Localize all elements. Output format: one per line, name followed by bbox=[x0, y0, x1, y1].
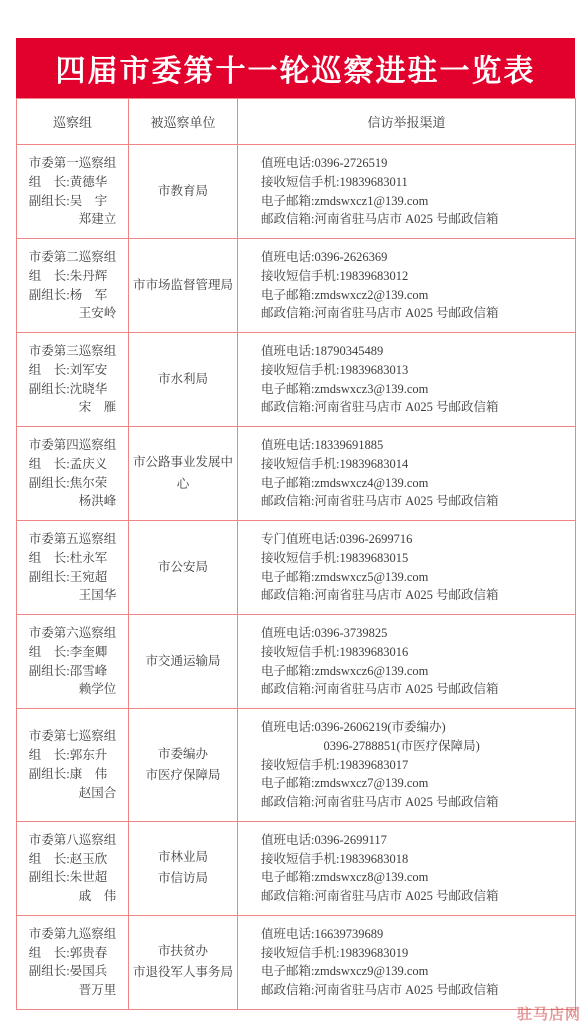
group-cell: 市委第一巡察组组 长:黄德华副组长:吴 宇 郑建立 bbox=[17, 145, 129, 239]
group-line: 副组长:邵雪峰 bbox=[29, 662, 117, 681]
unit-line: 市交通运输局 bbox=[129, 651, 237, 672]
table-header: 巡察组 被巡察单位 信访举报渠道 bbox=[17, 99, 576, 145]
group-lines: 市委第七巡察组组 长:郭东升副组长:康 伟 赵国合 bbox=[29, 727, 117, 802]
unit-cell: 市交通运输局 bbox=[129, 615, 238, 709]
group-lines: 市委第四巡察组组 长:孟庆义副组长:焦尔荣 杨洪峰 bbox=[29, 436, 117, 511]
channel-line: 电子邮箱:zmdswxcz7@139.com bbox=[261, 774, 571, 793]
channel-line: 电子邮箱:zmdswxcz4@139.com bbox=[261, 474, 571, 493]
group-line: 市委第七巡察组 bbox=[29, 727, 117, 746]
group-cell: 市委第七巡察组组 长:郭东升副组长:康 伟 赵国合 bbox=[17, 709, 129, 822]
group-line: 组 长:郭贵春 bbox=[29, 944, 117, 963]
channel-line: 电子邮箱:zmdswxcz1@139.com bbox=[261, 192, 571, 211]
unit-cell: 市扶贫办市退役军人事务局 bbox=[129, 915, 238, 1009]
unit-line: 市公安局 bbox=[129, 557, 237, 578]
table-row: 市委第四巡察组组 长:孟庆义副组长:焦尔荣 杨洪峰市公路事业发展中心值班电话:1… bbox=[17, 427, 576, 521]
channel-cell: 值班电话:0396-2726519接收短信手机:19839683011电子邮箱:… bbox=[238, 145, 576, 239]
unit-lines: 市市场监督管理局 bbox=[129, 275, 237, 296]
channel-cell: 值班电话:0396-2626369接收短信手机:19839683012电子邮箱:… bbox=[238, 239, 576, 333]
table-body: 市委第一巡察组组 长:黄德华副组长:吴 宇 郑建立市教育局值班电话:0396-2… bbox=[17, 145, 576, 1010]
table-row: 市委第三巡察组组 长:刘军安副组长:沈晓华 宋 雁市水利局值班电话:187903… bbox=[17, 333, 576, 427]
channel-line: 邮政信箱:河南省驻马店市 A025 号邮政信箱 bbox=[261, 680, 571, 699]
header-row: 巡察组 被巡察单位 信访举报渠道 bbox=[17, 99, 576, 145]
channel-lines: 值班电话:18790345489接收短信手机:19839683013电子邮箱:z… bbox=[238, 342, 575, 417]
channel-line: 接收短信手机:19839683016 bbox=[261, 643, 571, 662]
group-line: 赖学位 bbox=[29, 680, 117, 699]
column-header-unit: 被巡察单位 bbox=[129, 99, 238, 145]
group-line: 市委第二巡察组 bbox=[29, 248, 117, 267]
group-line: 副组长:沈晓华 bbox=[29, 380, 117, 399]
channel-line: 值班电话:0396-2626369 bbox=[261, 248, 571, 267]
channel-line: 邮政信箱:河南省驻马店市 A025 号邮政信箱 bbox=[261, 210, 571, 229]
unit-line: 市林业局 bbox=[129, 847, 237, 868]
channel-cell: 值班电话:18790345489接收短信手机:19839683013电子邮箱:z… bbox=[238, 333, 576, 427]
channel-cell: 值班电话:0396-2606219(市委编办) 0396-2788851(市医疗… bbox=[238, 709, 576, 822]
channel-line: 邮政信箱:河南省驻马店市 A025 号邮政信箱 bbox=[261, 398, 571, 417]
channel-line: 值班电话:0396-2606219(市委编办) bbox=[261, 718, 571, 737]
unit-lines: 市委编办市医疗保障局 bbox=[129, 744, 237, 787]
group-line: 组 长:刘军安 bbox=[29, 361, 117, 380]
channel-line: 接收短信手机:19839683013 bbox=[261, 361, 571, 380]
group-line: 市委第五巡察组 bbox=[29, 530, 117, 549]
unit-lines: 市教育局 bbox=[129, 181, 237, 202]
group-cell: 市委第五巡察组组 长:杜永军副组长:王宛超 王国华 bbox=[17, 521, 129, 615]
group-line: 杨洪峰 bbox=[29, 492, 117, 511]
channel-line: 邮政信箱:河南省驻马店市 A025 号邮政信箱 bbox=[261, 304, 571, 323]
channel-lines: 专门值班电话:0396-2699716接收短信手机:19839683015电子邮… bbox=[238, 530, 575, 605]
group-lines: 市委第二巡察组组 长:朱丹辉副组长:杨 军 王安岭 bbox=[29, 248, 117, 323]
unit-line: 市医疗保障局 bbox=[129, 765, 237, 786]
channel-line: 接收短信手机:19839683012 bbox=[261, 267, 571, 286]
unit-line: 市教育局 bbox=[129, 181, 237, 202]
group-line: 组 长:李奎卿 bbox=[29, 643, 117, 662]
group-line: 副组长:朱世超 bbox=[29, 868, 117, 887]
group-line: 副组长:焦尔荣 bbox=[29, 474, 117, 493]
channel-line: 接收短信手机:19839683019 bbox=[261, 944, 571, 963]
unit-cell: 市教育局 bbox=[129, 145, 238, 239]
group-cell: 市委第二巡察组组 长:朱丹辉副组长:杨 军 王安岭 bbox=[17, 239, 129, 333]
channel-line: 接收短信手机:19839683018 bbox=[261, 850, 571, 869]
channel-line: 值班电话:16639739689 bbox=[261, 925, 571, 944]
table-row: 市委第二巡察组组 长:朱丹辉副组长:杨 军 王安岭市市场监督管理局值班电话:03… bbox=[17, 239, 576, 333]
group-line: 赵国合 bbox=[29, 784, 117, 803]
channel-line: 值班电话:18790345489 bbox=[261, 342, 571, 361]
group-line: 组 长:孟庆义 bbox=[29, 455, 117, 474]
channel-line: 电子邮箱:zmdswxcz2@139.com bbox=[261, 286, 571, 305]
channel-lines: 值班电话:16639739689接收短信手机:19839683019电子邮箱:z… bbox=[238, 925, 575, 1000]
unit-lines: 市公安局 bbox=[129, 557, 237, 578]
unit-cell: 市林业局市信访局 bbox=[129, 821, 238, 915]
unit-line: 市信访局 bbox=[129, 868, 237, 889]
group-line: 市委第四巡察组 bbox=[29, 436, 117, 455]
channel-line: 电子邮箱:zmdswxcz6@139.com bbox=[261, 662, 571, 681]
table-row: 市委第九巡察组组 长:郭贵春副组长:晏国兵 晋万里市扶贫办市退役军人事务局值班电… bbox=[17, 915, 576, 1009]
table-row: 市委第五巡察组组 长:杜永军副组长:王宛超 王国华市公安局专门值班电话:0396… bbox=[17, 521, 576, 615]
table-row: 市委第六巡察组组 长:李奎卿副组长:邵雪峰 赖学位市交通运输局值班电话:0396… bbox=[17, 615, 576, 709]
unit-cell: 市公安局 bbox=[129, 521, 238, 615]
group-lines: 市委第一巡察组组 长:黄德华副组长:吴 宇 郑建立 bbox=[29, 154, 117, 229]
channel-line: 电子邮箱:zmdswxcz3@139.com bbox=[261, 380, 571, 399]
channel-cell: 值班电话:0396-2699117接收短信手机:19839683018电子邮箱:… bbox=[238, 821, 576, 915]
page-title: 四届市委第十一轮巡察进驻一览表 bbox=[56, 46, 536, 90]
channel-line: 邮政信箱:河南省驻马店市 A025 号邮政信箱 bbox=[261, 586, 571, 605]
channel-line: 邮政信箱:河南省驻马店市 A025 号邮政信箱 bbox=[261, 793, 571, 812]
group-line: 组 长:黄德华 bbox=[29, 173, 117, 192]
group-line: 宋 雁 bbox=[29, 398, 117, 417]
unit-lines: 市公路事业发展中心 bbox=[129, 452, 237, 495]
channel-lines: 值班电话:0396-2699117接收短信手机:19839683018电子邮箱:… bbox=[238, 831, 575, 906]
group-lines: 市委第八巡察组组 长:赵玉欣副组长:朱世超 戚 伟 bbox=[29, 831, 117, 906]
channel-line: 邮政信箱:河南省驻马店市 A025 号邮政信箱 bbox=[261, 492, 571, 511]
channel-line: 接收短信手机:19839683011 bbox=[261, 173, 571, 192]
unit-cell: 市市场监督管理局 bbox=[129, 239, 238, 333]
unit-line: 市委编办 bbox=[129, 744, 237, 765]
unit-line: 市退役军人事务局 bbox=[129, 962, 237, 983]
group-line: 组 长:朱丹辉 bbox=[29, 267, 117, 286]
group-line: 组 长:杜永军 bbox=[29, 549, 117, 568]
group-line: 组 长:郭东升 bbox=[29, 746, 117, 765]
channel-line: 电子邮箱:zmdswxcz8@139.com bbox=[261, 868, 571, 887]
table-row: 市委第七巡察组组 长:郭东升副组长:康 伟 赵国合市委编办市医疗保障局值班电话:… bbox=[17, 709, 576, 822]
group-line: 副组长:康 伟 bbox=[29, 765, 117, 784]
page: 四届市委第十一轮巡察进驻一览表 巡察组 被巡察单位 信访举报渠道 市委第一巡察组… bbox=[0, 0, 588, 1029]
group-line: 郑建立 bbox=[29, 210, 117, 229]
unit-line: 市水利局 bbox=[129, 369, 237, 390]
unit-line: 市市场监督管理局 bbox=[129, 275, 237, 296]
group-cell: 市委第四巡察组组 长:孟庆义副组长:焦尔荣 杨洪峰 bbox=[17, 427, 129, 521]
group-cell: 市委第六巡察组组 长:李奎卿副组长:邵雪峰 赖学位 bbox=[17, 615, 129, 709]
channel-line: 电子邮箱:zmdswxcz9@139.com bbox=[261, 962, 571, 981]
channel-line: 值班电话:0396-2699117 bbox=[261, 831, 571, 850]
column-header-channel: 信访举报渠道 bbox=[238, 99, 576, 145]
group-line: 市委第九巡察组 bbox=[29, 925, 117, 944]
channel-line: 接收短信手机:19839683015 bbox=[261, 549, 571, 568]
channel-cell: 专门值班电话:0396-2699716接收短信手机:19839683015电子邮… bbox=[238, 521, 576, 615]
group-cell: 市委第八巡察组组 长:赵玉欣副组长:朱世超 戚 伟 bbox=[17, 821, 129, 915]
unit-cell: 市委编办市医疗保障局 bbox=[129, 709, 238, 822]
column-header-group: 巡察组 bbox=[17, 99, 129, 145]
group-cell: 市委第三巡察组组 长:刘军安副组长:沈晓华 宋 雁 bbox=[17, 333, 129, 427]
group-line: 副组长:王宛超 bbox=[29, 568, 117, 587]
unit-lines: 市交通运输局 bbox=[129, 651, 237, 672]
unit-lines: 市林业局市信访局 bbox=[129, 847, 237, 890]
group-line: 市委第三巡察组 bbox=[29, 342, 117, 361]
channel-line: 邮政信箱:河南省驻马店市 A025 号邮政信箱 bbox=[261, 981, 571, 1000]
channel-lines: 值班电话:18339691885接收短信手机:19839683014电子邮箱:z… bbox=[238, 436, 575, 511]
unit-lines: 市扶贫办市退役军人事务局 bbox=[129, 941, 237, 984]
channel-cell: 值班电话:0396-3739825接收短信手机:19839683016电子邮箱:… bbox=[238, 615, 576, 709]
unit-cell: 市公路事业发展中心 bbox=[129, 427, 238, 521]
unit-line: 市扶贫办 bbox=[129, 941, 237, 962]
table-row: 市委第八巡察组组 长:赵玉欣副组长:朱世超 戚 伟市林业局市信访局值班电话:03… bbox=[17, 821, 576, 915]
group-lines: 市委第五巡察组组 长:杜永军副组长:王宛超 王国华 bbox=[29, 530, 117, 605]
group-line: 副组长:杨 军 bbox=[29, 286, 117, 305]
site-watermark: 驻马店网 bbox=[517, 1003, 581, 1024]
group-line: 市委第六巡察组 bbox=[29, 624, 117, 643]
channel-lines: 值班电话:0396-3739825接收短信手机:19839683016电子邮箱:… bbox=[238, 624, 575, 699]
channel-line: 接收短信手机:19839683017 bbox=[261, 756, 571, 775]
channel-cell: 值班电话:16639739689接收短信手机:19839683019电子邮箱:z… bbox=[238, 915, 576, 1009]
channel-line: 接收短信手机:19839683014 bbox=[261, 455, 571, 474]
channel-line: 邮政信箱:河南省驻马店市 A025 号邮政信箱 bbox=[261, 887, 571, 906]
table-row: 市委第一巡察组组 长:黄德华副组长:吴 宇 郑建立市教育局值班电话:0396-2… bbox=[17, 145, 576, 239]
group-line: 晋万里 bbox=[29, 981, 117, 1000]
group-line: 组 长:赵玉欣 bbox=[29, 850, 117, 869]
channel-lines: 值班电话:0396-2626369接收短信手机:19839683012电子邮箱:… bbox=[238, 248, 575, 323]
inspection-table: 巡察组 被巡察单位 信访举报渠道 市委第一巡察组组 长:黄德华副组长:吴 宇 郑… bbox=[16, 98, 576, 1010]
group-lines: 市委第九巡察组组 长:郭贵春副组长:晏国兵 晋万里 bbox=[29, 925, 117, 1000]
group-line: 市委第一巡察组 bbox=[29, 154, 117, 173]
channel-line: 值班电话:0396-3739825 bbox=[261, 624, 571, 643]
group-line: 王国华 bbox=[29, 586, 117, 605]
unit-line: 市公路事业发展中心 bbox=[129, 452, 237, 495]
channel-line: 值班电话:0396-2726519 bbox=[261, 154, 571, 173]
group-line: 副组长:吴 宇 bbox=[29, 192, 117, 211]
group-line: 王安岭 bbox=[29, 304, 117, 323]
group-line: 戚 伟 bbox=[29, 887, 117, 906]
unit-cell: 市水利局 bbox=[129, 333, 238, 427]
page-title-banner: 四届市委第十一轮巡察进驻一览表 bbox=[16, 38, 575, 98]
channel-cell: 值班电话:18339691885接收短信手机:19839683014电子邮箱:z… bbox=[238, 427, 576, 521]
channel-line: 0396-2788851(市医疗保障局) bbox=[261, 737, 571, 756]
group-line: 市委第八巡察组 bbox=[29, 831, 117, 850]
group-line: 副组长:晏国兵 bbox=[29, 962, 117, 981]
group-lines: 市委第六巡察组组 长:李奎卿副组长:邵雪峰 赖学位 bbox=[29, 624, 117, 699]
group-lines: 市委第三巡察组组 长:刘军安副组长:沈晓华 宋 雁 bbox=[29, 342, 117, 417]
channel-line: 值班电话:18339691885 bbox=[261, 436, 571, 455]
group-cell: 市委第九巡察组组 长:郭贵春副组长:晏国兵 晋万里 bbox=[17, 915, 129, 1009]
channel-line: 电子邮箱:zmdswxcz5@139.com bbox=[261, 568, 571, 587]
channel-lines: 值班电话:0396-2606219(市委编办) 0396-2788851(市医疗… bbox=[238, 718, 575, 812]
channel-lines: 值班电话:0396-2726519接收短信手机:19839683011电子邮箱:… bbox=[238, 154, 575, 229]
channel-line: 专门值班电话:0396-2699716 bbox=[261, 530, 571, 549]
unit-lines: 市水利局 bbox=[129, 369, 237, 390]
